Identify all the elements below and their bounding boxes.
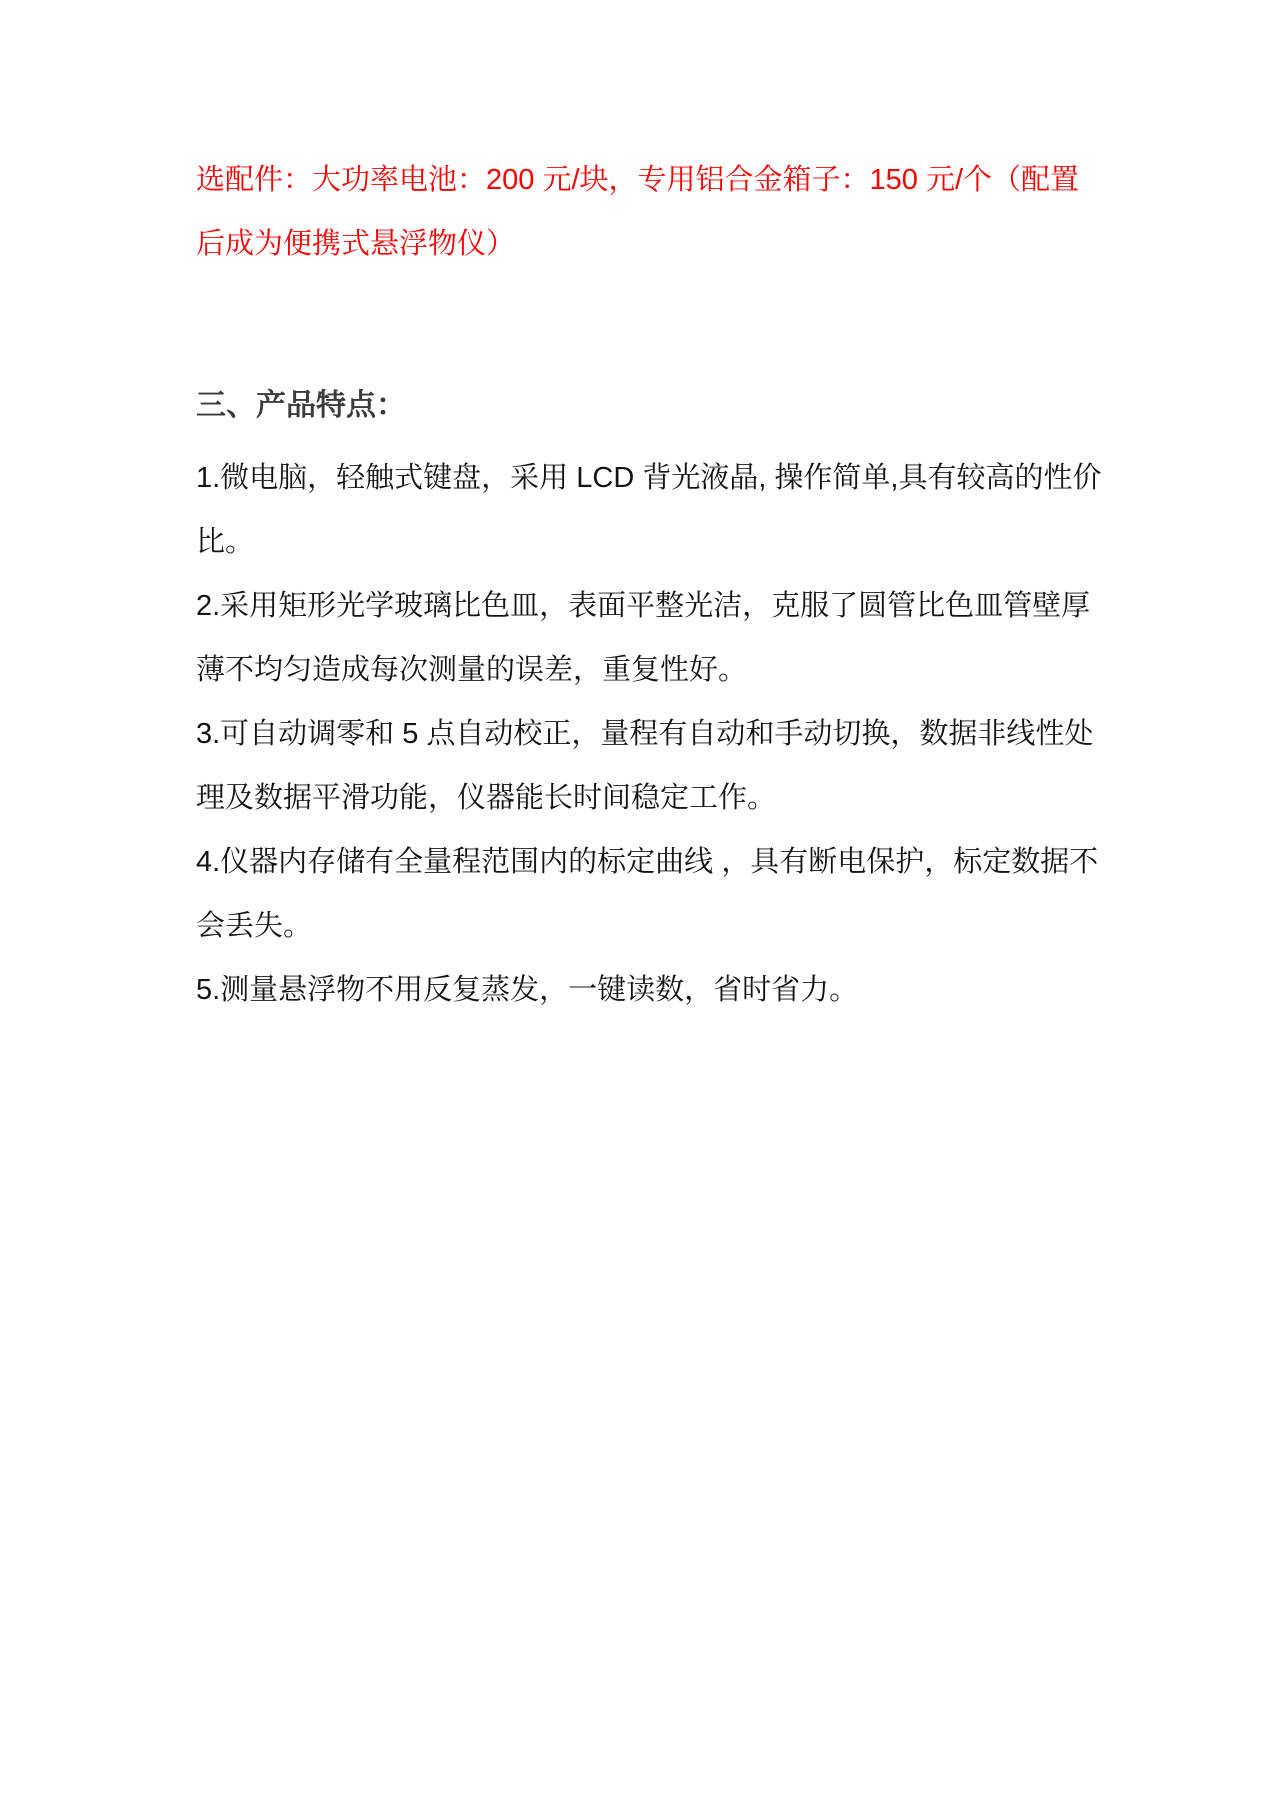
feature-item-3: 3.可自动调零和 5 点自动校正，量程有自动和手动切换，数据非线性处 理及数据平… — [196, 702, 1094, 830]
notice-line-1: 选配件：大功率电池：200 元/块，专用铝合金箱子：150 元/个（配置 — [196, 148, 1094, 212]
feature-item-2: 2.采用矩形光学玻璃比色皿，表面平整光洁，克服了圆管比色皿管壁厚 薄不均匀造成每… — [196, 574, 1094, 702]
feature-item-4: 4.仪器内存储有全量程范围内的标定曲线 ，具有断电保护，标定数据不 会丢失。 — [196, 830, 1094, 958]
feature-2-line-1: 2.采用矩形光学玻璃比色皿，表面平整光洁，克服了圆管比色皿管壁厚 — [196, 574, 1094, 638]
optional-accessories-notice: 选配件：大功率电池：200 元/块，专用铝合金箱子：150 元/个（配置 后成为… — [196, 148, 1094, 276]
notice-line-2: 后成为便携式悬浮物仪） — [196, 212, 1094, 276]
feature-4-line-1: 4.仪器内存储有全量程范围内的标定曲线 ，具有断电保护，标定数据不 — [196, 830, 1094, 894]
document-page: 选配件：大功率电池：200 元/块，专用铝合金箱子：150 元/个（配置 后成为… — [0, 0, 1279, 1810]
feature-item-5: 5.测量悬浮物不用反复蒸发，一键读数，省时省力。 — [196, 958, 1094, 1022]
feature-5-line-1: 5.测量悬浮物不用反复蒸发，一键读数，省时省力。 — [196, 958, 1094, 1022]
feature-2-line-2: 薄不均匀造成每次测量的误差，重复性好。 — [196, 638, 1094, 702]
feature-4-line-2: 会丢失。 — [196, 894, 1094, 958]
feature-3-line-1: 3.可自动调零和 5 点自动校正，量程有自动和手动切换，数据非线性处 — [196, 702, 1094, 766]
feature-1-line-2: 比。 — [196, 510, 1094, 574]
feature-3-line-2: 理及数据平滑功能，仪器能长时间稳定工作。 — [196, 766, 1094, 830]
feature-item-1: 1.微电脑，轻触式键盘，采用 LCD 背光液晶, 操作简单,具有较高的性价 比。 — [196, 446, 1094, 574]
section-heading-product-features: 三、产品特点： — [196, 374, 1094, 438]
feature-1-line-1: 1.微电脑，轻触式键盘，采用 LCD 背光液晶, 操作简单,具有较高的性价 — [196, 446, 1094, 510]
